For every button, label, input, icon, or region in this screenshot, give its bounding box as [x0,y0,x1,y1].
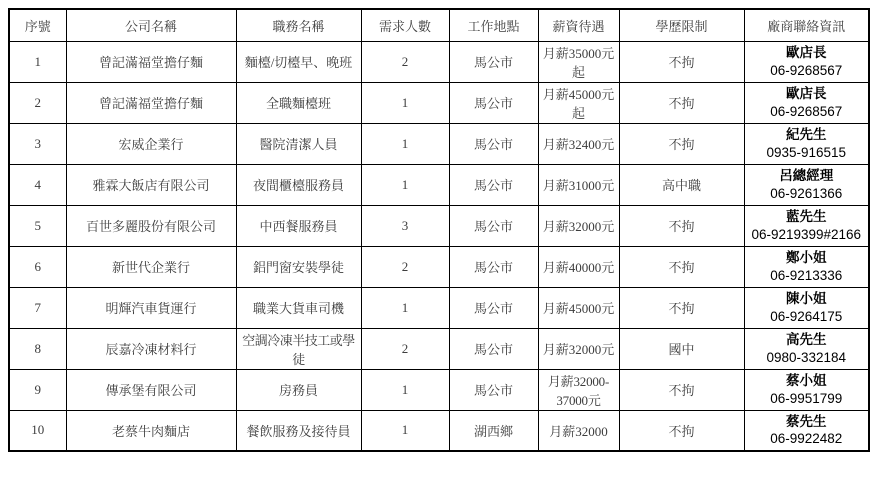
cell-education: 不拘 [619,369,744,410]
contact-name: 呂總經理 [747,167,867,185]
table-row: 4 雅霖大飯店有限公司 夜間櫃檯服務員 1 馬公市 月薪31000元 高中職 呂… [9,164,869,205]
contact-phone: 0980-332184 [747,349,867,367]
cell-headcount: 2 [361,328,449,369]
contact-name: 蔡先生 [747,413,867,431]
cell-company: 老蔡牛肉麵店 [66,410,236,451]
cell-education: 不拘 [619,246,744,287]
contact-name: 紀先生 [747,126,867,144]
cell-job: 空調冷凍半技工或學徒 [236,328,361,369]
header-job: 職務名稱 [236,9,361,41]
cell-no: 9 [9,369,66,410]
contact-phone: 06-9213336 [747,267,867,285]
cell-salary: 月薪31000元 [538,164,619,205]
cell-no: 10 [9,410,66,451]
cell-education: 高中職 [619,164,744,205]
cell-no: 2 [9,82,66,123]
cell-contact: 紀先生 0935-916515 [744,123,869,164]
cell-location: 馬公市 [449,164,538,205]
header-company: 公司名稱 [66,9,236,41]
cell-no: 3 [9,123,66,164]
cell-salary: 月薪32000-37000元 [538,369,619,410]
cell-company: 宏威企業行 [66,123,236,164]
contact-phone: 06-9951799 [747,390,867,408]
cell-job: 麵檯/切檯早、晚班 [236,41,361,82]
cell-headcount: 1 [361,164,449,205]
table-row: 6 新世代企業行 鋁門窗安裝學徒 2 馬公市 月薪40000元 不拘 鄭小姐 0… [9,246,869,287]
table-row: 3 宏威企業行 醫院清潔人員 1 馬公市 月薪32400元 不拘 紀先生 093… [9,123,869,164]
cell-no: 4 [9,164,66,205]
cell-company: 雅霖大飯店有限公司 [66,164,236,205]
cell-no: 8 [9,328,66,369]
cell-contact: 鄭小姐 06-9213336 [744,246,869,287]
cell-location: 馬公市 [449,82,538,123]
cell-location: 馬公市 [449,246,538,287]
cell-location: 馬公市 [449,328,538,369]
table-row: 8 辰嘉冷凍材料行 空調冷凍半技工或學徒 2 馬公市 月薪32000元 國中 高… [9,328,869,369]
cell-headcount: 1 [361,410,449,451]
cell-location: 湖西鄉 [449,410,538,451]
cell-job: 餐飲服務及接待員 [236,410,361,451]
contact-phone: 06-9261366 [747,185,867,203]
table-row: 10 老蔡牛肉麵店 餐飲服務及接待員 1 湖西鄉 月薪32000 不拘 蔡先生 … [9,410,869,451]
cell-headcount: 2 [361,41,449,82]
cell-contact: 陳小姐 06-9264175 [744,287,869,328]
cell-contact: 高先生 0980-332184 [744,328,869,369]
cell-contact: 呂總經理 06-9261366 [744,164,869,205]
cell-company: 曾記滿福堂擔仔麵 [66,41,236,82]
cell-location: 馬公市 [449,287,538,328]
cell-company: 新世代企業行 [66,246,236,287]
cell-location: 馬公市 [449,369,538,410]
table-row: 5 百世多麗股份有限公司 中西餐服務員 3 馬公市 月薪32000元 不拘 藍先… [9,205,869,246]
cell-job: 全職麵檯班 [236,82,361,123]
cell-headcount: 3 [361,205,449,246]
cell-no: 1 [9,41,66,82]
cell-company: 辰嘉冷凍材料行 [66,328,236,369]
cell-salary: 月薪40000元 [538,246,619,287]
table-row: 9 傳承堡有限公司 房務員 1 馬公市 月薪32000-37000元 不拘 蔡小… [9,369,869,410]
job-listings-page: 序號 公司名稱 職務名稱 需求人數 工作地點 薪資待遇 學歷限制 廠商聯絡資訊 … [0,0,876,478]
cell-salary: 月薪32000 [538,410,619,451]
cell-headcount: 1 [361,287,449,328]
cell-contact: 歐店長 06-9268567 [744,41,869,82]
header-row: 序號 公司名稱 職務名稱 需求人數 工作地點 薪資待遇 學歷限制 廠商聯絡資訊 [9,9,869,41]
job-listings-table: 序號 公司名稱 職務名稱 需求人數 工作地點 薪資待遇 學歷限制 廠商聯絡資訊 … [8,8,870,452]
cell-headcount: 2 [361,246,449,287]
cell-location: 馬公市 [449,123,538,164]
contact-phone: 06-9219399#2166 [747,226,867,244]
cell-job: 房務員 [236,369,361,410]
contact-name: 歐店長 [747,85,867,103]
cell-headcount: 1 [361,369,449,410]
cell-company: 百世多麗股份有限公司 [66,205,236,246]
header-contact: 廠商聯絡資訊 [744,9,869,41]
cell-no: 7 [9,287,66,328]
table-row: 2 曾記滿福堂擔仔麵 全職麵檯班 1 馬公市 月薪45000元起 不拘 歐店長 … [9,82,869,123]
cell-education: 不拘 [619,287,744,328]
cell-education: 不拘 [619,82,744,123]
cell-location: 馬公市 [449,41,538,82]
cell-education: 不拘 [619,123,744,164]
contact-phone: 0935-916515 [747,144,867,162]
cell-job: 中西餐服務員 [236,205,361,246]
cell-salary: 月薪32400元 [538,123,619,164]
cell-company: 明輝汽車貨運行 [66,287,236,328]
cell-job: 職業大貨車司機 [236,287,361,328]
table-row: 7 明輝汽車貨運行 職業大貨車司機 1 馬公市 月薪45000元 不拘 陳小姐 … [9,287,869,328]
contact-name: 高先生 [747,331,867,349]
cell-education: 國中 [619,328,744,369]
cell-education: 不拘 [619,205,744,246]
cell-contact: 歐店長 06-9268567 [744,82,869,123]
cell-education: 不拘 [619,410,744,451]
cell-job: 醫院清潔人員 [236,123,361,164]
cell-salary: 月薪35000元起 [538,41,619,82]
contact-name: 藍先生 [747,208,867,226]
cell-no: 5 [9,205,66,246]
cell-contact: 蔡小姐 06-9951799 [744,369,869,410]
cell-education: 不拘 [619,41,744,82]
contact-phone: 06-9268567 [747,62,867,80]
cell-job: 鋁門窗安裝學徒 [236,246,361,287]
contact-phone: 06-9268567 [747,103,867,121]
contact-phone: 06-9922482 [747,430,867,448]
cell-company: 曾記滿福堂擔仔麵 [66,82,236,123]
cell-company: 傳承堡有限公司 [66,369,236,410]
contact-name: 蔡小姐 [747,372,867,390]
header-salary: 薪資待遇 [538,9,619,41]
contact-name: 陳小姐 [747,290,867,308]
contact-phone: 06-9264175 [747,308,867,326]
cell-location: 馬公市 [449,205,538,246]
header-location: 工作地點 [449,9,538,41]
header-headcount: 需求人數 [361,9,449,41]
cell-job: 夜間櫃檯服務員 [236,164,361,205]
cell-contact: 蔡先生 06-9922482 [744,410,869,451]
cell-contact: 藍先生 06-9219399#2166 [744,205,869,246]
cell-salary: 月薪45000元 [538,287,619,328]
cell-salary: 月薪32000元 [538,328,619,369]
header-no: 序號 [9,9,66,41]
cell-no: 6 [9,246,66,287]
cell-headcount: 1 [361,123,449,164]
cell-salary: 月薪32000元 [538,205,619,246]
contact-name: 歐店長 [747,44,867,62]
header-education: 學歷限制 [619,9,744,41]
contact-name: 鄭小姐 [747,249,867,267]
cell-headcount: 1 [361,82,449,123]
table-row: 1 曾記滿福堂擔仔麵 麵檯/切檯早、晚班 2 馬公市 月薪35000元起 不拘 … [9,41,869,82]
cell-salary: 月薪45000元起 [538,82,619,123]
